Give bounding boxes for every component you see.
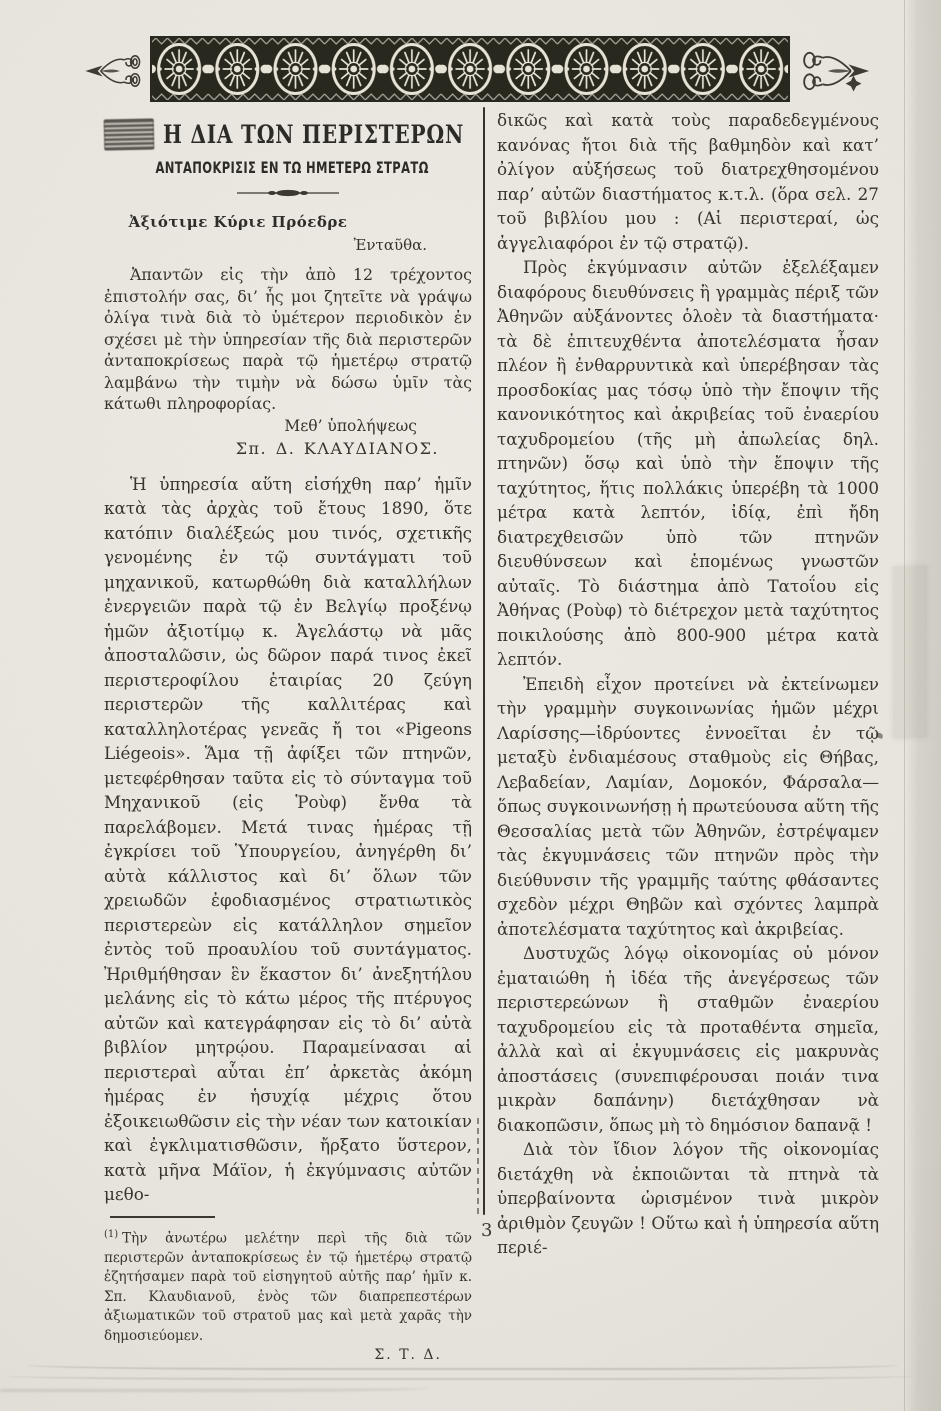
letter-salutation: Ἀξιότιμε Κύριε Πρόεδρε (104, 213, 372, 231)
left-column: Η ΔΙΑ ΤΩΝ ΠΕΡΙΣΤΕΡΩΝ ΑΝΤΑΠΟΚΡΙΣΙΣ ΕΝ ΤΩ … (104, 118, 472, 1363)
letter-body: Ἀπαντῶν εἰς τὴν ἀπὸ 12 τρέχοντος ἐπιστολ… (104, 264, 472, 415)
footnote-text: Τὴν ἀνωτέρω μελέτην περὶ τῆς διὰ τῶν περ… (104, 1230, 472, 1344)
footnote: (1)Τὴν ἀνωτέρω μελέτην περὶ τῆς διὰ τῶν … (104, 1225, 472, 1347)
tapered-rule-icon (233, 187, 343, 199)
rosette-band-icon (150, 36, 790, 102)
page-edge-line (0, 1384, 430, 1392)
article-title-row: Η ΔΙΑ ΤΩΝ ΠΕΡΙΣΤΕΡΩΝ (104, 118, 472, 150)
paper-repair-patch (893, 565, 927, 738)
right-column: δικῶς καὶ κατὰ τοὺς παραδεδεγμένους κανό… (497, 108, 879, 1260)
scanned-document-page: Η ΔΙΑ ΤΩΝ ΠΕΡΙΣΤΕΡΩΝ ΑΝΤΑΠΟΚΡΙΣΙΣ ΕΝ ΤΩ … (0, 0, 941, 1411)
right-paragraph: Ἐπειδὴ εἶχον προτείνει νὰ ἐκτείνωμεν τὴν… (497, 672, 879, 942)
right-paragraph: Διὰ τὸν ἴδιον λόγον τῆς οἰκονομίας διετά… (497, 1137, 879, 1260)
letter-signature: Σπ. Δ. ΚΛΑΥΔΙΑΝΟΣ. (104, 439, 439, 458)
article-subtitle: ΑΝΤΑΠΟΚΡΙΣΙΣ ΕΝ ΤΩ ΗΜΕΤΕΡΩ ΣΤΡΑΤΩ (156, 158, 421, 177)
right-paragraph: Δυστυχῶς λόγῳ οἰκονομίας οὐ μόνον ἐμαται… (497, 941, 879, 1137)
right-paragraph: δικῶς καὶ κατὰ τοὺς παραδεδεγμένους κανό… (497, 108, 879, 255)
page-number: 3 (481, 1220, 492, 1241)
footnote-marker: (1) (104, 1229, 118, 1240)
ink-stamp-icon (104, 118, 155, 150)
letter-closing: Μεθ’ ὑπολήψεως (104, 417, 417, 435)
fleuron-left-icon (84, 47, 142, 95)
page-edge-line (28, 1360, 899, 1370)
column-divider-dashes (477, 1118, 479, 1214)
article-paragraph: Ἡ ὑπηρεσία αὕτη εἰσήχθη παρ’ ἡμῖν κατὰ τ… (104, 472, 472, 1207)
footnote-rule (110, 1216, 215, 1218)
fleuron-right-icon (798, 47, 874, 95)
article-title: Η ΔΙΑ ΤΩΝ ΠΕΡΙΣΤΕΡΩΝ (163, 120, 464, 149)
letter-place: Ἐνταῦθα. (104, 236, 427, 254)
right-paragraph: Πρὸς ἐκγύμνασιν αὐτῶν ἐξελέξαμεν διαφόρο… (497, 255, 879, 672)
column-divider (483, 107, 485, 1215)
page-edge-line (6, 1372, 913, 1380)
